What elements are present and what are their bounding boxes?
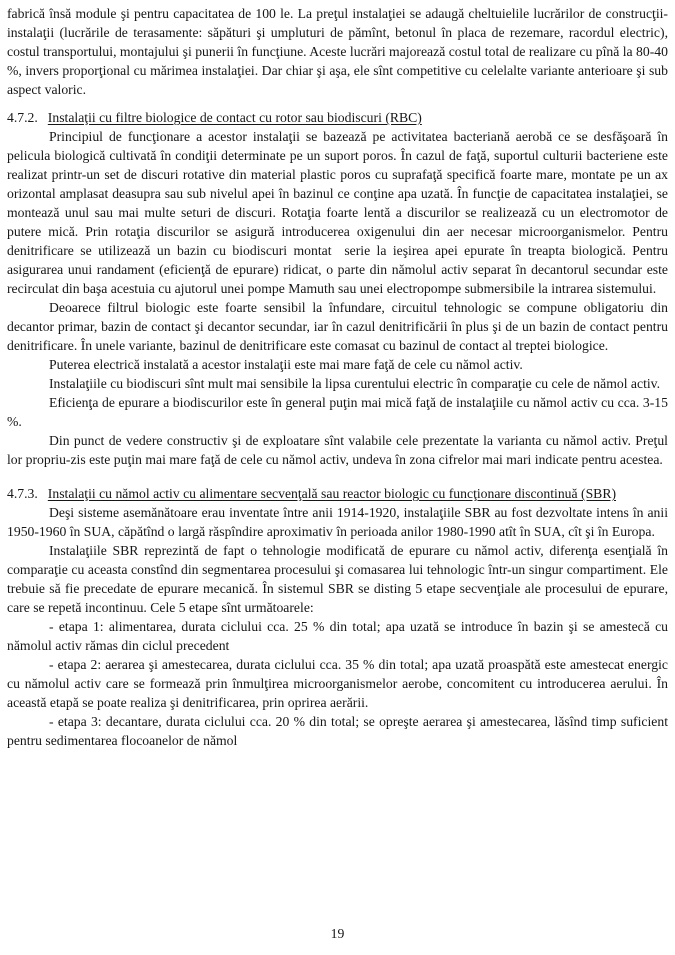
rbc-paragraph-6: Din punct de vedere constructiv şi de ex… [7, 431, 668, 469]
section-heading-4-7-3: 4.7.3.Instalaţii cu nămol activ cu alime… [7, 484, 668, 503]
intro-paragraph: fabrică însă module şi pentru capacitate… [7, 4, 668, 99]
section-number-4-7-2: 4.7.2. [7, 110, 38, 125]
section-number-4-7-3: 4.7.3. [7, 486, 38, 501]
section-title-4-7-3: Instalaţii cu nămol activ cu alimentare … [48, 486, 616, 501]
rbc-paragraph-1: Principiul de funcţionare a acestor inst… [7, 127, 668, 298]
document-page: fabrică însă module şi pentru capacitate… [0, 0, 675, 955]
sbr-etapa-1-item: - etapa 1: alimentarea, durata ciclului … [7, 617, 668, 655]
sbr-paragraph-2: Instalaţiile SBR reprezintă de fapt o te… [7, 541, 668, 617]
section-heading-4-7-2: 4.7.2.Instalaţii cu filtre biologice de … [7, 108, 668, 127]
rbc-paragraph-2: Deoarece filtrul biologic este foarte se… [7, 298, 668, 355]
sbr-paragraph-1: Deşi sisteme asemănătoare erau inventate… [7, 503, 668, 541]
page-number: 19 [0, 924, 675, 943]
sbr-etapa-2-item: - etapa 2: aerarea şi amestecarea, durat… [7, 655, 668, 712]
rbc-paragraph-4: Instalaţiile cu biodiscuri sînt mult mai… [7, 374, 668, 393]
rbc-paragraph-5: Eficienţa de epurare a biodiscurilor est… [7, 393, 668, 431]
rbc-paragraph-3: Puterea electrică instalată a acestor in… [7, 355, 668, 374]
sbr-etapa-3-item: - etapa 3: decantare, durata ciclului cc… [7, 712, 668, 750]
section-title-4-7-2: Instalaţii cu filtre biologice de contac… [48, 110, 422, 125]
